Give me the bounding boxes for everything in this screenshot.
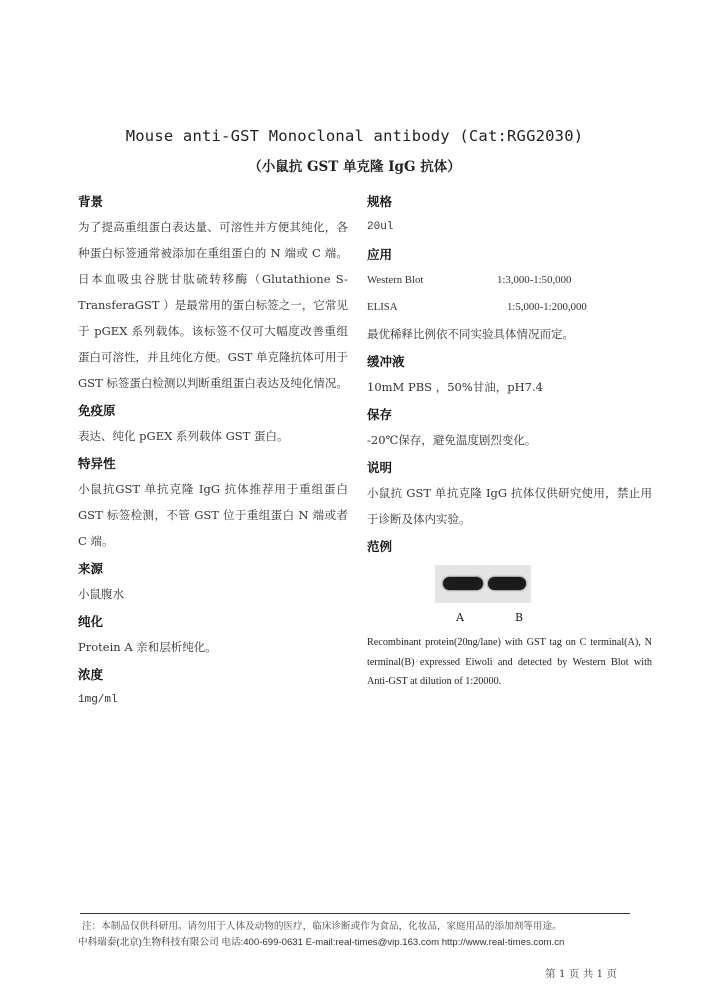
section-text: -20℃保存，避免温度剧烈变化。	[367, 427, 652, 453]
blot-band-a	[443, 577, 483, 590]
section-specificity: 特异性 小鼠抗GST 单抗克隆 IgG 抗体推荐用于重组蛋白 GST 标签检测，…	[78, 452, 348, 554]
application-name: Western Blot	[367, 267, 497, 294]
application-row: Western Blot 1:3,000-1:50,000	[367, 267, 652, 294]
western-blot-image	[435, 565, 531, 603]
section-text: 表达、纯化 pGEX 系列载体 GST 蛋白。	[78, 423, 348, 449]
lane-labels: A B	[367, 607, 652, 631]
section-background: 背景 为了提高重组蛋白表达量、可溶性并方便其纯化，各种蛋白标签通常被添加在重组蛋…	[78, 190, 348, 396]
application-note: 最优稀释比例依不同实验具体情况而定。	[367, 321, 652, 347]
section-heading: 纯化	[78, 610, 348, 634]
section-text: 小鼠腹水	[78, 581, 348, 607]
right-column: 规格 20ul 应用 Western Blot 1:3,000-1:50,000…	[367, 190, 652, 692]
section-heading: 浓度	[78, 663, 348, 687]
section-heading: 特异性	[78, 452, 348, 476]
lane-label-b: B	[515, 611, 523, 624]
section-purification: 纯化 Protein A 亲和层析纯化。	[78, 610, 348, 660]
section-text: 小鼠抗 GST 单抗克隆 IgG 抗体仅供研究使用，禁止用于诊断及体内实验。	[367, 480, 652, 532]
section-notes: 说明 小鼠抗 GST 单抗克隆 IgG 抗体仅供研究使用，禁止用于诊断及体内实验…	[367, 456, 652, 532]
application-name: ELISA	[367, 294, 497, 321]
section-text: 1mg/ml	[78, 687, 348, 713]
section-storage: 保存 -20℃保存，避免温度剧烈变化。	[367, 403, 652, 453]
page-number: 第 1 页 共 1 页	[545, 966, 617, 981]
section-size: 规格 20ul	[367, 190, 652, 240]
section-text: 10mM PBS ，50%甘油，pH7.4	[367, 374, 652, 400]
section-buffer: 缓冲液 10mM PBS ，50%甘油，pH7.4	[367, 350, 652, 400]
section-application: 应用 Western Blot 1:3,000-1:50,000 ELISA 1…	[367, 243, 652, 347]
section-concentration: 浓度 1mg/ml	[78, 663, 348, 713]
section-heading: 背景	[78, 190, 348, 214]
section-heading: 来源	[78, 557, 348, 581]
section-example: 范例 A B Recombinant protein(20ng/lane) wi…	[367, 535, 652, 692]
application-row: ELISA 1:5,000-1:200,000	[367, 294, 652, 321]
section-heading: 规格	[367, 190, 652, 214]
application-dilution: 1:5,000-1:200,000	[497, 294, 587, 321]
section-heading: 范例	[367, 535, 652, 559]
application-dilution: 1:3,000-1:50,000	[497, 267, 571, 294]
left-column: 背景 为了提高重组蛋白表达量、可溶性并方便其纯化，各种蛋白标签通常被添加在重组蛋…	[78, 190, 348, 716]
section-source: 来源 小鼠腹水	[78, 557, 348, 607]
section-heading: 免疫原	[78, 399, 348, 423]
section-immunogen: 免疫原 表达、纯化 pGEX 系列载体 GST 蛋白。	[78, 399, 348, 449]
footer-contact: 中科瑞泰(北京)生物科技有限公司 电话:400-699-0631 E-mail:…	[78, 935, 658, 950]
section-heading: 缓冲液	[367, 350, 652, 374]
document-title: Mouse anti-GST Monoclonal antibody (Cat:…	[0, 127, 709, 145]
section-text: 小鼠抗GST 单抗克隆 IgG 抗体推荐用于重组蛋白 GST 标签检测，不管 G…	[78, 476, 348, 554]
footer-divider	[80, 913, 630, 914]
blot-band-b	[488, 577, 526, 590]
section-heading: 保存	[367, 403, 652, 427]
section-text: 20ul	[367, 214, 652, 240]
section-text: Protein A 亲和层析纯化。	[78, 634, 348, 660]
figure-caption: Recombinant protein(20ng/lane) with GST …	[367, 633, 652, 692]
document-subtitle: （小鼠抗 GST 单克隆 IgG 抗体）	[0, 155, 709, 175]
lane-label-a: A	[456, 611, 464, 624]
section-heading: 应用	[367, 243, 652, 267]
footer-disclaimer: 注：本制品仅供科研用。请勿用于人体及动物的医疗，临床诊断或作为食品，化妆品，家庭…	[82, 919, 642, 934]
section-text: 为了提高重组蛋白表达量、可溶性并方便其纯化，各种蛋白标签通常被添加在重组蛋白的 …	[78, 214, 348, 396]
section-heading: 说明	[367, 456, 652, 480]
